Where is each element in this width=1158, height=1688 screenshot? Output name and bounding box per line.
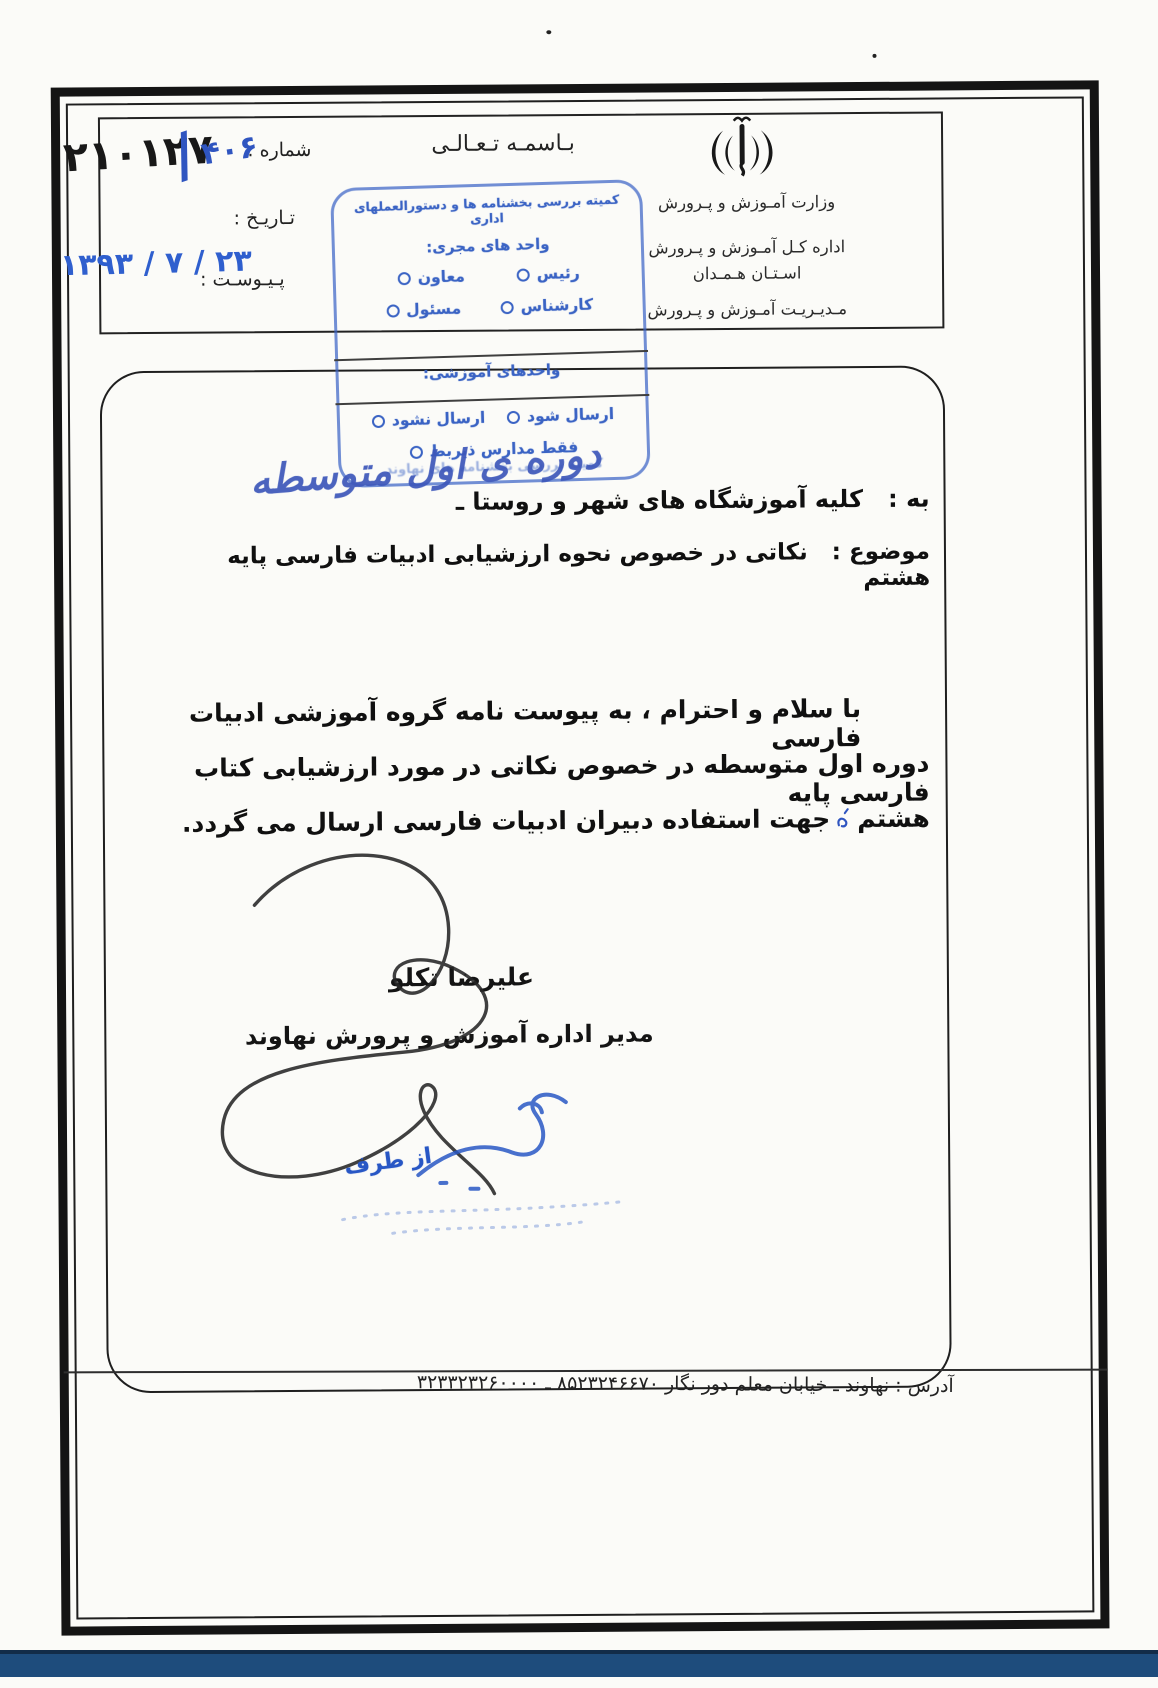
- body-paragraph-line1: با سلام و احترام ، به پیوست نامه گروه آم…: [149, 694, 929, 757]
- stamp-option-send: ارسال شود: [507, 405, 615, 426]
- checkbox-circle-icon: [372, 414, 385, 427]
- stamp-exec-units-label: واحد های مجری:: [349, 233, 627, 259]
- stamp-option-label: کارشناس: [520, 296, 593, 316]
- stamp-option-label: ارسال شود: [527, 405, 615, 426]
- stamp-divider: [335, 394, 649, 405]
- stamp-option-label: رئیس: [536, 264, 579, 283]
- blue-ink-mark-icon: [836, 806, 851, 835]
- recipient-text: کلیه آموزشگاه های شهر و روستا ـ: [456, 485, 863, 516]
- checkbox-circle-icon: [398, 271, 411, 284]
- subject-line: موضوع : نکاتی در خصوص نحوه ارزشیابی ادبی…: [168, 539, 930, 596]
- stamp-options-row-2: کارشناس مسئول: [346, 294, 632, 320]
- stamp-option-label: ارسال نشود: [392, 409, 486, 430]
- scan-speck: [546, 30, 551, 34]
- scan-content: وزارت آمـوزش و پـرورش اداره کـل آمـوزش و…: [0, 0, 1158, 1688]
- besmele-text: بـاسمـه تـعـالـی: [381, 131, 625, 158]
- scan-speck: [872, 54, 876, 58]
- stamp-options-row-3: ارسال شود ارسال نشود: [350, 404, 636, 430]
- stamp-option-label: معاون: [417, 267, 465, 286]
- recipient-label: به :: [888, 485, 930, 513]
- stamp-title: کمیته بررسی بخشنامه ها و دستورالعملهای ا…: [339, 191, 634, 230]
- date-label: تـاریـخ :: [234, 207, 296, 229]
- stamp-options-row-1: رئیس معاون: [346, 262, 632, 288]
- subject-text: نکاتی در خصوص نحوه ارزشیابی ادبیات فارسی…: [227, 539, 930, 591]
- stamp-edu-units-label: واحدهای آموزشی:: [352, 358, 630, 384]
- body-paragraph-line2: دوره اول متوسطه در خصوص نکاتی در مورد ار…: [149, 749, 929, 812]
- checkbox-circle-icon: [386, 304, 399, 317]
- checkbox-circle-icon: [517, 268, 530, 281]
- body-paragraph-line3: هشتمجهت استفاده دبیران ادبیات فارسی ارسا…: [150, 804, 930, 840]
- stamp-option-expert: کارشناس: [500, 296, 593, 317]
- stamp-option-label: مسئول: [406, 299, 461, 319]
- scanned-letter-page: وزارت آمـوزش و پـرورش اداره کـل آمـوزش و…: [0, 0, 1158, 1688]
- stamp-option-deputy: معاون: [398, 267, 466, 287]
- scanner-edge-band: [0, 1650, 1158, 1677]
- stamp-option-responsible: مسئول: [386, 299, 461, 319]
- stamp-option-no-send: ارسال نشود: [372, 409, 486, 430]
- body-line3-start: هشتم: [857, 804, 930, 834]
- stamp-option-chief: رئیس: [516, 264, 579, 284]
- iran-emblem-icon: [701, 115, 784, 190]
- body-line3-end: جهت استفاده دبیران ادبیات فارسی ارسال می…: [182, 804, 830, 838]
- checkbox-circle-icon: [500, 300, 513, 313]
- handwritten-date: ۱۳۹۳ / ۷ / ۲۳: [60, 244, 253, 284]
- subject-label: موضوع :: [832, 539, 930, 566]
- checkbox-circle-icon: [507, 410, 520, 423]
